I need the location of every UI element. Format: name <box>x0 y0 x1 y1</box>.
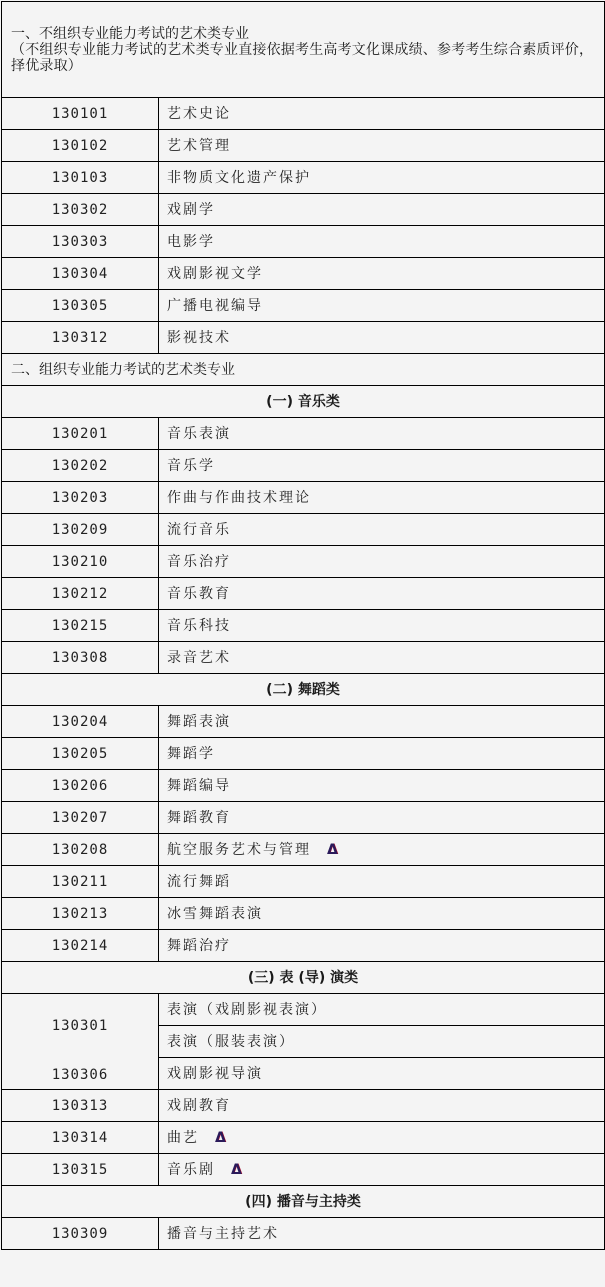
table-row: 130301 130306 表演（戏剧影视表演） <box>2 994 605 1026</box>
major-name: 冰雪舞蹈表演 <box>159 898 605 930</box>
table-row: 130102艺术管理 <box>2 130 605 162</box>
major-name-cell: 曲艺Δ <box>159 1122 605 1154</box>
table-row: 130212音乐教育 <box>2 578 605 610</box>
major-code: 130302 <box>2 194 159 226</box>
major-code: 130313 <box>2 1090 159 1122</box>
major-name: 舞蹈学 <box>159 738 605 770</box>
major-name: 非物质文化遗产保护 <box>159 162 605 194</box>
major-code: 130102 <box>2 130 159 162</box>
major-name: 音乐科技 <box>159 610 605 642</box>
table-row: 130204舞蹈表演 <box>2 706 605 738</box>
table-row: 130206舞蹈编导 <box>2 770 605 802</box>
category-title: (四) 播音与主持类 <box>2 1186 605 1218</box>
major-code: 130212 <box>2 578 159 610</box>
major-code: 130206 <box>2 770 159 802</box>
major-name: 广播电视编导 <box>159 290 605 322</box>
major-name: 舞蹈表演 <box>159 706 605 738</box>
major-code: 130214 <box>2 930 159 962</box>
category-title: (一) 音乐类 <box>2 386 605 418</box>
major-name: 艺术管理 <box>159 130 605 162</box>
merged-code-cell: 130301 130306 <box>2 994 159 1090</box>
major-name: 流行音乐 <box>159 514 605 546</box>
category-row-broadcasting: (四) 播音与主持类 <box>2 1186 605 1218</box>
major-code: 130202 <box>2 450 159 482</box>
table-row: 130207舞蹈教育 <box>2 802 605 834</box>
major-code: 130308 <box>2 642 159 674</box>
major-code: 130103 <box>2 162 159 194</box>
major-name-cell: 音乐剧Δ <box>159 1154 605 1186</box>
section-two-title: 二、组织专业能力考试的艺术类专业 <box>2 354 605 386</box>
major-code: 130314 <box>2 1122 159 1154</box>
table-row: 130215音乐科技 <box>2 610 605 642</box>
major-name: 曲艺 <box>167 1130 199 1146</box>
table-row: 130101艺术史论 <box>2 98 605 130</box>
table-row: 130205舞蹈学 <box>2 738 605 770</box>
major-code: 130210 <box>2 546 159 578</box>
triangle-marker-icon: Δ <box>231 1162 242 1178</box>
major-code: 130309 <box>2 1218 159 1250</box>
table-row: 130312影视技术 <box>2 322 605 354</box>
major-code: 130306 <box>2 1067 158 1083</box>
major-name: 影视技术 <box>159 322 605 354</box>
section-one-header-row: 一、不组织专业能力考试的艺术类专业 （不组织专业能力考试的艺术类专业直接依据考生… <box>2 2 605 98</box>
table-row: 130211流行舞蹈 <box>2 866 605 898</box>
major-code: 130213 <box>2 898 159 930</box>
table-row: 130302戏剧学 <box>2 194 605 226</box>
major-code: 130312 <box>2 322 159 354</box>
category-row-performance: (三) 表 (导) 演类 <box>2 962 605 994</box>
table-row: 130210音乐治疗 <box>2 546 605 578</box>
table-row: 130201音乐表演 <box>2 418 605 450</box>
major-name: 航空服务艺术与管理 <box>167 842 311 858</box>
major-code: 130301 <box>2 1018 158 1034</box>
table-row: 130304戏剧影视文学 <box>2 258 605 290</box>
category-row-music: (一) 音乐类 <box>2 386 605 418</box>
category-row-dance: (二) 舞蹈类 <box>2 674 605 706</box>
triangle-marker-icon: Δ <box>327 842 338 858</box>
major-name: 戏剧影视文学 <box>159 258 605 290</box>
section-one-header: 一、不组织专业能力考试的艺术类专业 （不组织专业能力考试的艺术类专业直接依据考生… <box>2 2 605 98</box>
table-row: 130308录音艺术 <box>2 642 605 674</box>
major-name: 舞蹈编导 <box>159 770 605 802</box>
section-one-title: 一、不组织专业能力考试的艺术类专业 <box>11 26 596 42</box>
table-row: 130214舞蹈治疗 <box>2 930 605 962</box>
table-row: 130103非物质文化遗产保护 <box>2 162 605 194</box>
category-title: (二) 舞蹈类 <box>2 674 605 706</box>
major-name: 音乐剧 <box>167 1162 215 1178</box>
major-name: 音乐教育 <box>159 578 605 610</box>
table-row: 130309播音与主持艺术 <box>2 1218 605 1250</box>
table-row: 130213冰雪舞蹈表演 <box>2 898 605 930</box>
table-row: 130315 音乐剧Δ <box>2 1154 605 1186</box>
major-name: 舞蹈治疗 <box>159 930 605 962</box>
major-code: 130201 <box>2 418 159 450</box>
major-code: 130101 <box>2 98 159 130</box>
major-name: 音乐学 <box>159 450 605 482</box>
table-row: 130303电影学 <box>2 226 605 258</box>
major-code: 130204 <box>2 706 159 738</box>
category-title: (三) 表 (导) 演类 <box>2 962 605 994</box>
major-code: 130315 <box>2 1154 159 1186</box>
table-row: 130209流行音乐 <box>2 514 605 546</box>
major-name: 录音艺术 <box>159 642 605 674</box>
major-code: 130205 <box>2 738 159 770</box>
major-name: 电影学 <box>159 226 605 258</box>
section-one-note: （不组织专业能力考试的艺术类专业直接依据考生高考文化课成绩、参考考生综合素质评价… <box>11 42 596 74</box>
major-code: 130211 <box>2 866 159 898</box>
major-name: 音乐治疗 <box>159 546 605 578</box>
table-row: 130305广播电视编导 <box>2 290 605 322</box>
major-name: 音乐表演 <box>159 418 605 450</box>
table-row: 130203作曲与作曲技术理论 <box>2 482 605 514</box>
major-code: 130203 <box>2 482 159 514</box>
major-name: 表演（服装表演） <box>159 1026 605 1058</box>
major-name: 戏剧教育 <box>159 1090 605 1122</box>
table-row: 130313戏剧教育 <box>2 1090 605 1122</box>
triangle-marker-icon: Δ <box>215 1130 226 1146</box>
table-row: 130314 曲艺Δ <box>2 1122 605 1154</box>
major-name: 戏剧影视导演 <box>159 1058 605 1090</box>
major-name: 流行舞蹈 <box>159 866 605 898</box>
table-row: 130208 航空服务艺术与管理Δ <box>2 834 605 866</box>
major-code: 130305 <box>2 290 159 322</box>
art-majors-table: 一、不组织专业能力考试的艺术类专业 （不组织专业能力考试的艺术类专业直接依据考生… <box>1 1 605 1250</box>
section-two-header-row: 二、组织专业能力考试的艺术类专业 <box>2 354 605 386</box>
major-name: 艺术史论 <box>159 98 605 130</box>
major-name: 播音与主持艺术 <box>159 1218 605 1250</box>
major-name-cell: 航空服务艺术与管理Δ <box>159 834 605 866</box>
major-name: 戏剧学 <box>159 194 605 226</box>
major-name: 表演（戏剧影视表演） <box>159 994 605 1026</box>
major-name: 舞蹈教育 <box>159 802 605 834</box>
major-code: 130303 <box>2 226 159 258</box>
major-code: 130208 <box>2 834 159 866</box>
major-code: 130215 <box>2 610 159 642</box>
table-row: 130202音乐学 <box>2 450 605 482</box>
major-name: 作曲与作曲技术理论 <box>159 482 605 514</box>
major-code: 130304 <box>2 258 159 290</box>
major-code: 130207 <box>2 802 159 834</box>
major-code: 130209 <box>2 514 159 546</box>
